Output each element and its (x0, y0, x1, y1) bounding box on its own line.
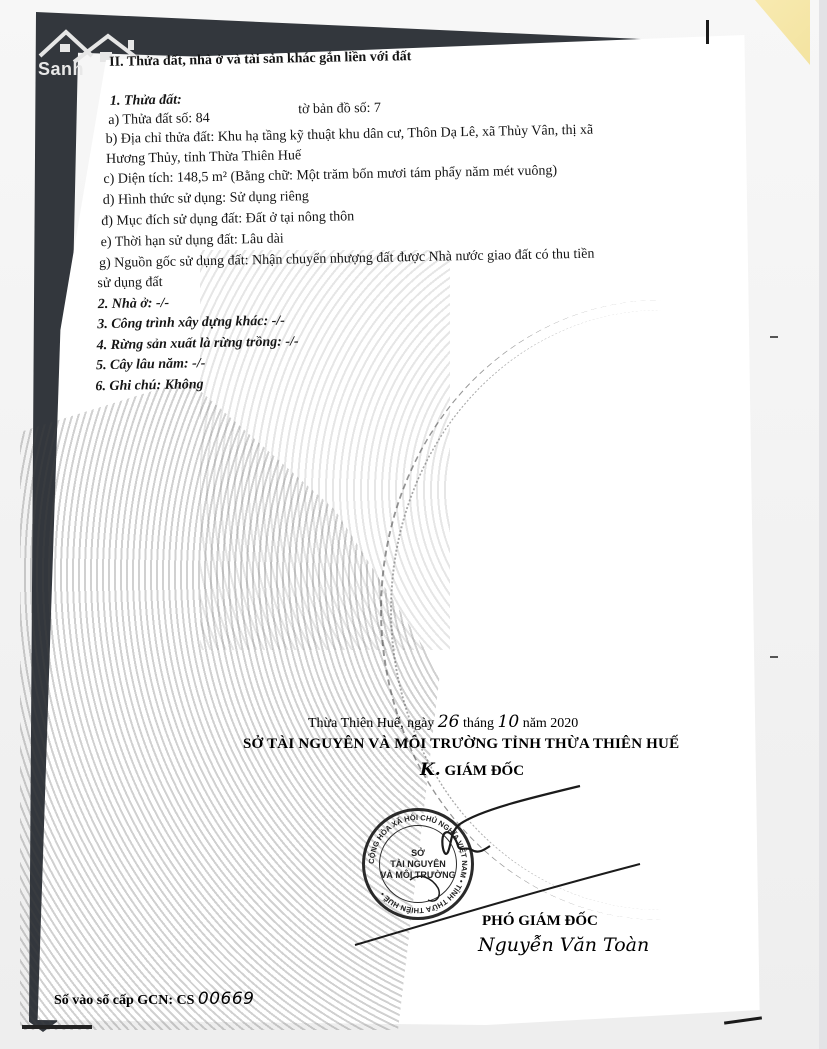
registry-number: 00669 (198, 989, 255, 1009)
issuing-agency: SỞ TÀI NGUYÊN VÀ MÔI TRƯỜNG TỈNH THỪA TH… (243, 736, 679, 753)
perennial-trees-item: 5. Cây lâu năm: -/- (96, 356, 206, 374)
notes-item: 6. Ghi chú: Không (95, 377, 203, 395)
issue-month: 10 (498, 712, 520, 732)
land-parcel-section: II. Thửa đất, nhà ở và tài sản khác gắn … (0, 0, 827, 420)
land-origin-line2: sử dụng đất (97, 275, 162, 292)
land-origin-line1: g) Nguồn gốc sử dụng đất: Nhận chuyển nh… (99, 247, 595, 273)
usage-purpose: đ) Mục đích sử dụng đất: Đất ở tại nông … (101, 209, 354, 230)
month-label: tháng (463, 716, 494, 731)
margin-dash (770, 656, 778, 658)
on-behalf-director: K. GIÁM ĐỐC (420, 760, 524, 780)
parcel-area: c) Diện tích: 148,5 m² (Bằng chữ: Một tr… (103, 163, 557, 188)
planted-forest-item: 4. Rừng sản xuất là rừng trồng: -/- (97, 334, 299, 354)
page-edge-shadow (22, 1025, 92, 1029)
registry-prefix: CS (177, 993, 195, 1008)
certificate-registry-number: Số vào sổ cấp GCN: CS 00669 (54, 989, 255, 1009)
item-1-title: 1. Thửa đất: (110, 93, 182, 110)
issue-place-date: Thừa Thiên Huế, ngày 26 tháng 10 năm 202… (308, 712, 578, 732)
section-title: II. Thửa đất, nhà ở và tài sản khác gắn … (109, 49, 411, 71)
registry-label: Số vào sổ cấp GCN: (54, 993, 173, 1008)
other-construction-item: 3. Công trình xây dựng khác: -/- (97, 314, 285, 334)
director-title: GIÁM ĐỐC (444, 763, 524, 779)
deputy-director-title: PHÓ GIÁM ĐỐC (482, 913, 598, 930)
on-behalf-mark: K. (420, 760, 441, 780)
parcel-number: a) Thửa đất số: 84 (108, 111, 210, 129)
parcel-address-line2: Hương Thủy, tỉnh Thừa Thiên Huế (106, 148, 301, 168)
signer-name: Nguyễn Văn Toàn (478, 934, 649, 956)
usage-term: e) Thời hạn sử dụng đất: Lâu dài (101, 232, 284, 252)
issue-year: năm 2020 (523, 716, 579, 731)
issue-day: 26 (438, 712, 460, 732)
map-sheet-number: tờ bản đồ số: 7 (298, 101, 381, 119)
usage-form: d) Hình thức sử dụng: Sử dụng riêng (103, 189, 309, 209)
house-item: 2. Nhà ở: -/- (98, 296, 170, 313)
issue-place: Thừa Thiên Huế, ngày (308, 716, 434, 731)
handwritten-signature-icon (340, 780, 660, 960)
